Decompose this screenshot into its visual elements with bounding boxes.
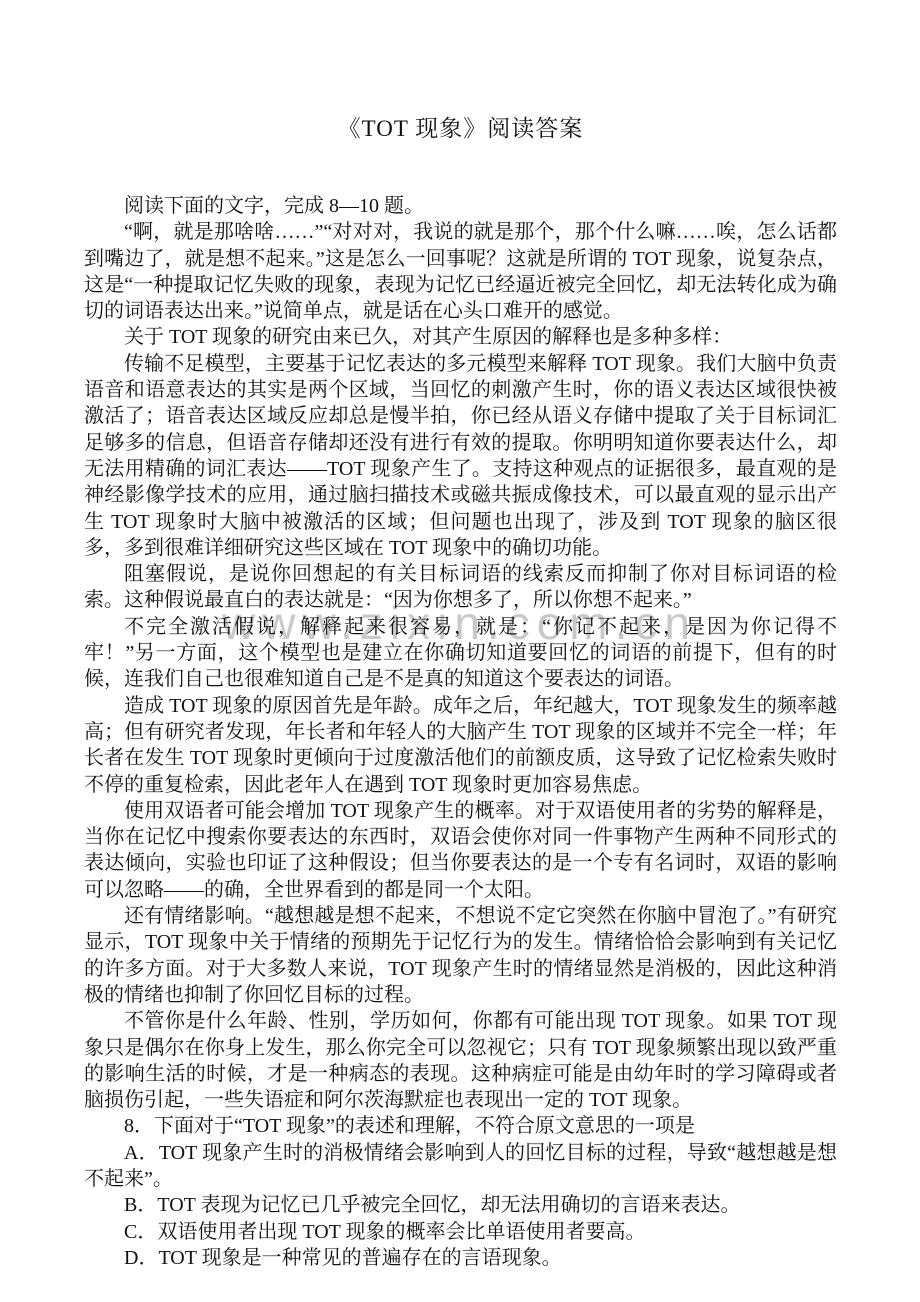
- passage-paragraph: 使用双语者可能会增加 TOT 现象产生的概率。对于双语使用者的劣势的解释是，当你…: [84, 798, 837, 903]
- question-option: C．双语使用者出现 TOT 现象的概率会比单语使用者要高。: [84, 1219, 837, 1245]
- passage-paragraph: 不管你是什么年龄、性别，学历如何，你都有可能出现 TOT 现象。如果 TOT 现…: [84, 1008, 837, 1113]
- reading-instruction: 阅读下面的文字，完成 8—10 题。: [84, 193, 837, 219]
- document-content: 《TOT 现象》阅读答案 阅读下面的文字，完成 8—10 题。 “啊，就是那啥啥…: [84, 110, 837, 1271]
- passage-paragraph: “啊，就是那啥啥……”“对对对，我说的就是那个，那个什么嘛……唉，怎么话都到嘴边…: [84, 219, 837, 324]
- question-option: B．TOT 表现为记忆已几乎被完全回忆，却无法用确切的言语来表达。: [84, 1192, 837, 1218]
- passage: “啊，就是那啥啥……”“对对对，我说的就是那个，那个什么嘛……唉，怎么话都到嘴边…: [84, 219, 837, 1113]
- question-options: A．TOT 现象产生时的消极情绪会影响到人的回忆目标的过程，导致“越想越是想不起…: [84, 1140, 837, 1271]
- question-stem: 8．下面对于“TOT 现象”的表述和理解，不符合原文意思的一项是: [84, 1113, 837, 1139]
- question-option: A．TOT 现象产生时的消极情绪会影响到人的回忆目标的过程，导致“越想越是想不起…: [84, 1140, 837, 1193]
- question-option: D．TOT 现象是一种常见的普遍存在的言语现象。: [84, 1245, 837, 1271]
- passage-paragraph: 关于 TOT 现象的研究由来已久，对其产生原因的解释也是多种多样：: [84, 324, 837, 350]
- page-title: 《TOT 现象》阅读答案: [84, 110, 837, 143]
- passage-paragraph: 还有情绪影响。“越想越是想不起来，不想说不定它突然在你脑中冒泡了。”有研究显示，…: [84, 903, 837, 1008]
- passage-paragraph: 不完全激活假说，解释起来很容易，就是：“你记不起来，是因为你记得不牢！”另一方面…: [84, 614, 837, 693]
- document-page: www.zixin.com.cn 《TOT 现象》阅读答案 阅读下面的文字，完成…: [0, 0, 920, 1302]
- passage-paragraph: 造成 TOT 现象的原因首先是年龄。成年之后，年纪越大，TOT 现象发生的频率越…: [84, 693, 837, 798]
- passage-paragraph: 传输不足模型，主要基于记忆表达的多元模型来解释 TOT 现象。我们大脑中负责语音…: [84, 351, 837, 561]
- passage-paragraph: 阻塞假说，是说你回想起的有关目标词语的线索反而抑制了你对目标词语的检索。这种假说…: [84, 561, 837, 614]
